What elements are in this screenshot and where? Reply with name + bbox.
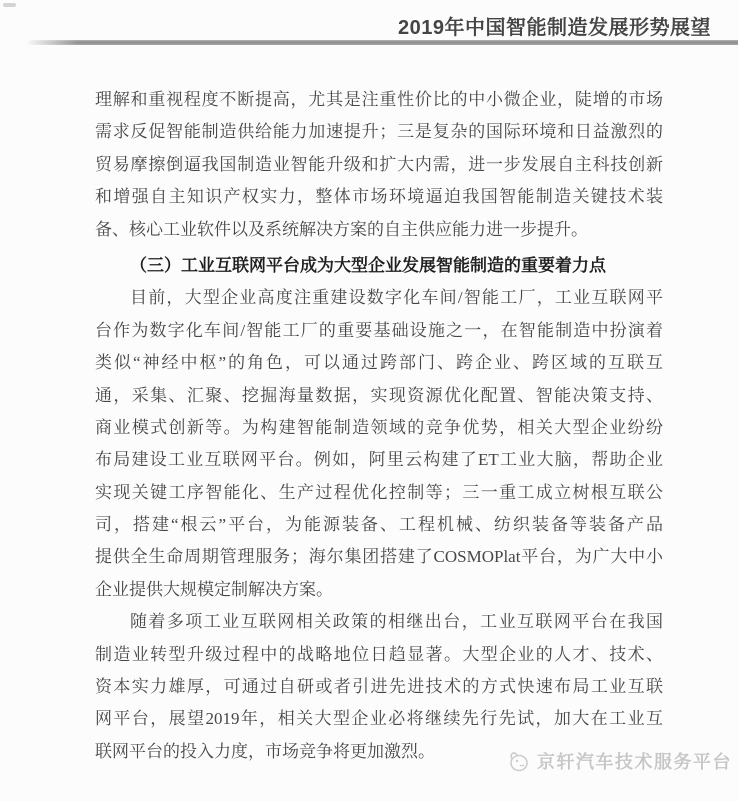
text-line: 网平台，展望2019年，相关大型企业必将继续先行先试，加大在工业互 [95, 703, 663, 735]
text-line: 司，搭建“根云”平台，为能源装备、工程机械、纺织装备等装备产品 [95, 509, 663, 541]
text-line: 随着多项工业互联网相关政策的相继出台，工业互联网平台在我国 [95, 606, 663, 638]
text-line: 通，采集、汇聚、挖掘海量数据，实现资源优化配置、智能决策支持、 [95, 380, 663, 412]
header-divider [28, 40, 738, 45]
text-line: 理解和重视程度不断提高，尤其是注重性价比的中小微企业，陡增的市场 [95, 84, 663, 116]
section-heading: （三）工业互联网平台成为大型企业发展智能制造的重要着力点 [95, 250, 663, 282]
text-line: 企业提供大规模定制解决方案。 [95, 574, 663, 606]
text-line: 商业模式创新等。为构建智能制造领域的竞争优势，相关大型企业纷纷 [95, 412, 663, 444]
document-body: 理解和重视程度不断提高，尤其是注重性价比的中小微企业，陡增的市场需求反促智能制造… [95, 84, 663, 768]
text-line: 类似“神经中枢”的角色，可以通过跨部门、跨企业、跨区域的互联互 [95, 347, 663, 379]
text-line: 贸易摩擦倒逼我国制造业智能升级和扩大内需，进一步发展自主科技创新 [95, 149, 663, 181]
text-line: 需求反促智能制造供给能力加速提升；三是复杂的国际环境和日益激烈的 [95, 116, 663, 148]
text-line: 实现关键工序智能化、生产过程优化控制等；三一重工成立树根互联公 [95, 477, 663, 509]
scan-artifact [3, 3, 16, 7]
document-page: 2019年中国智能制造发展形势展望 理解和重视程度不断提高，尤其是注重性价比的中… [0, 0, 738, 801]
text-line: 布局建设工业互联网平台。例如，阿里云构建了ET工业大脑，帮助企业 [95, 444, 663, 476]
text-line: 提供全生命周期管理服务；海尔集团搭建了COSMOPlat平台，为广大中小 [95, 541, 663, 573]
text-line: 资本实力雄厚，可通过自研或者引进先进技术的方式快速布局工业互联 [95, 671, 663, 703]
text-line: 制造业转型升级过程中的战略地位日趋显著。大型企业的人才、技术、 [95, 639, 663, 671]
text-line: 和增强自主知识产权实力，整体市场环境逼迫我国智能制造关键技术装 [95, 181, 663, 213]
page-header-title: 2019年中国智能制造发展形势展望 [398, 11, 711, 40]
watermark-logo-icon [505, 749, 531, 773]
text-line: 台作为数字化车间/智能工厂的重要基础设施之一，在智能制造中扮演着 [95, 315, 663, 347]
text-line: 备、核心工业软件以及系统解决方案的自主供应能力进一步提升。 [95, 214, 663, 246]
watermark-label: 京轩汽车技术服务平台 [537, 748, 732, 774]
watermark: 京轩汽车技术服务平台 [505, 748, 732, 774]
text-line: 目前，大型企业高度注重建设数字化车间/智能工厂，工业互联网平 [95, 282, 663, 314]
